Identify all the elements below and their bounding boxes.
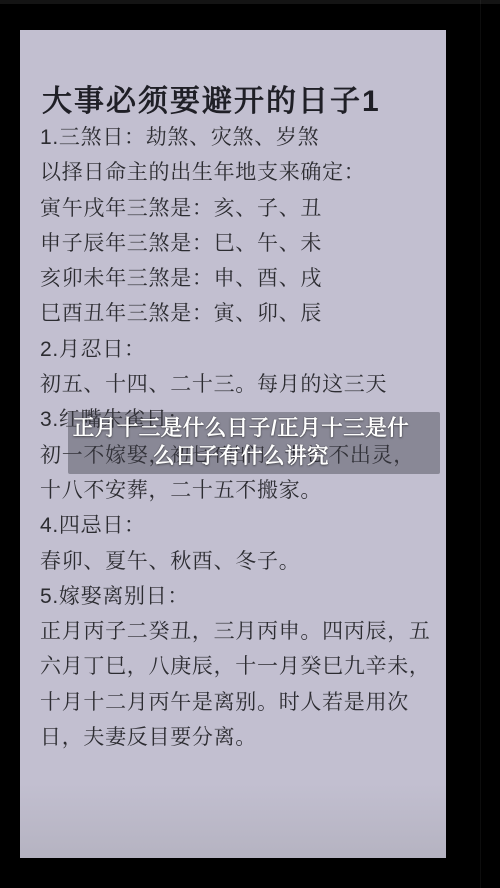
video-caption-overlay: 正月十三是什么日子/正月十三是什 么日子有什么讲究 [68, 412, 440, 474]
text-line-4: 申子辰年三煞是：巳、午、未 [40, 226, 440, 261]
text-line-2: 以择日命主的出生年地支来确定： [40, 155, 440, 190]
text-line-3: 寅午戌年三煞是：亥、子、丑 [40, 191, 440, 226]
text-line-12: 4.四忌日： [40, 508, 440, 543]
text-line-16: 六月丁巳，八庚辰，十一月癸巳九辛未， [40, 649, 440, 684]
text-line-1: 1.三煞日：劫煞、灾煞、岁煞 [40, 120, 440, 155]
text-line-14: 5.嫁娶离别日： [40, 579, 440, 614]
caption-line-2: 么日子有什么讲究 [72, 442, 410, 470]
video-right-seam [480, 0, 481, 888]
video-top-edge [0, 0, 500, 4]
text-line-6: 巳酉丑年三煞是：寅、卯、辰 [40, 296, 440, 331]
caption-line-1: 正月十三是什么日子/正月十三是什 [72, 414, 410, 442]
text-line-7: 2.月忍日： [40, 332, 440, 367]
text-line-11: 十八不安葬，二十五不搬家。 [40, 473, 440, 508]
text-line-8: 初五、十四、二十三。每月的这三天 [40, 367, 440, 402]
text-line-5: 亥卯未年三煞是：申、酉、戌 [40, 261, 440, 296]
text-card: 大事必须要避开的日子1 1.三煞日：劫煞、灾煞、岁煞 以择日命主的出生年地支来确… [20, 30, 446, 858]
text-line-17: 十月十二月丙午是离别。时人若是用次 [40, 685, 440, 720]
text-line-18: 日，夫妻反目要分离。 [40, 720, 440, 755]
card-title: 大事必须要避开的日子1 [42, 76, 381, 120]
text-line-13: 春卯、夏午、秋酉、冬子。 [40, 544, 440, 579]
video-caption: 正月十三是什么日子/正月十三是什 么日子有什么讲究 [68, 414, 440, 470]
text-line-15: 正月丙子二癸丑，三月丙申。四丙辰，五 [40, 614, 440, 649]
